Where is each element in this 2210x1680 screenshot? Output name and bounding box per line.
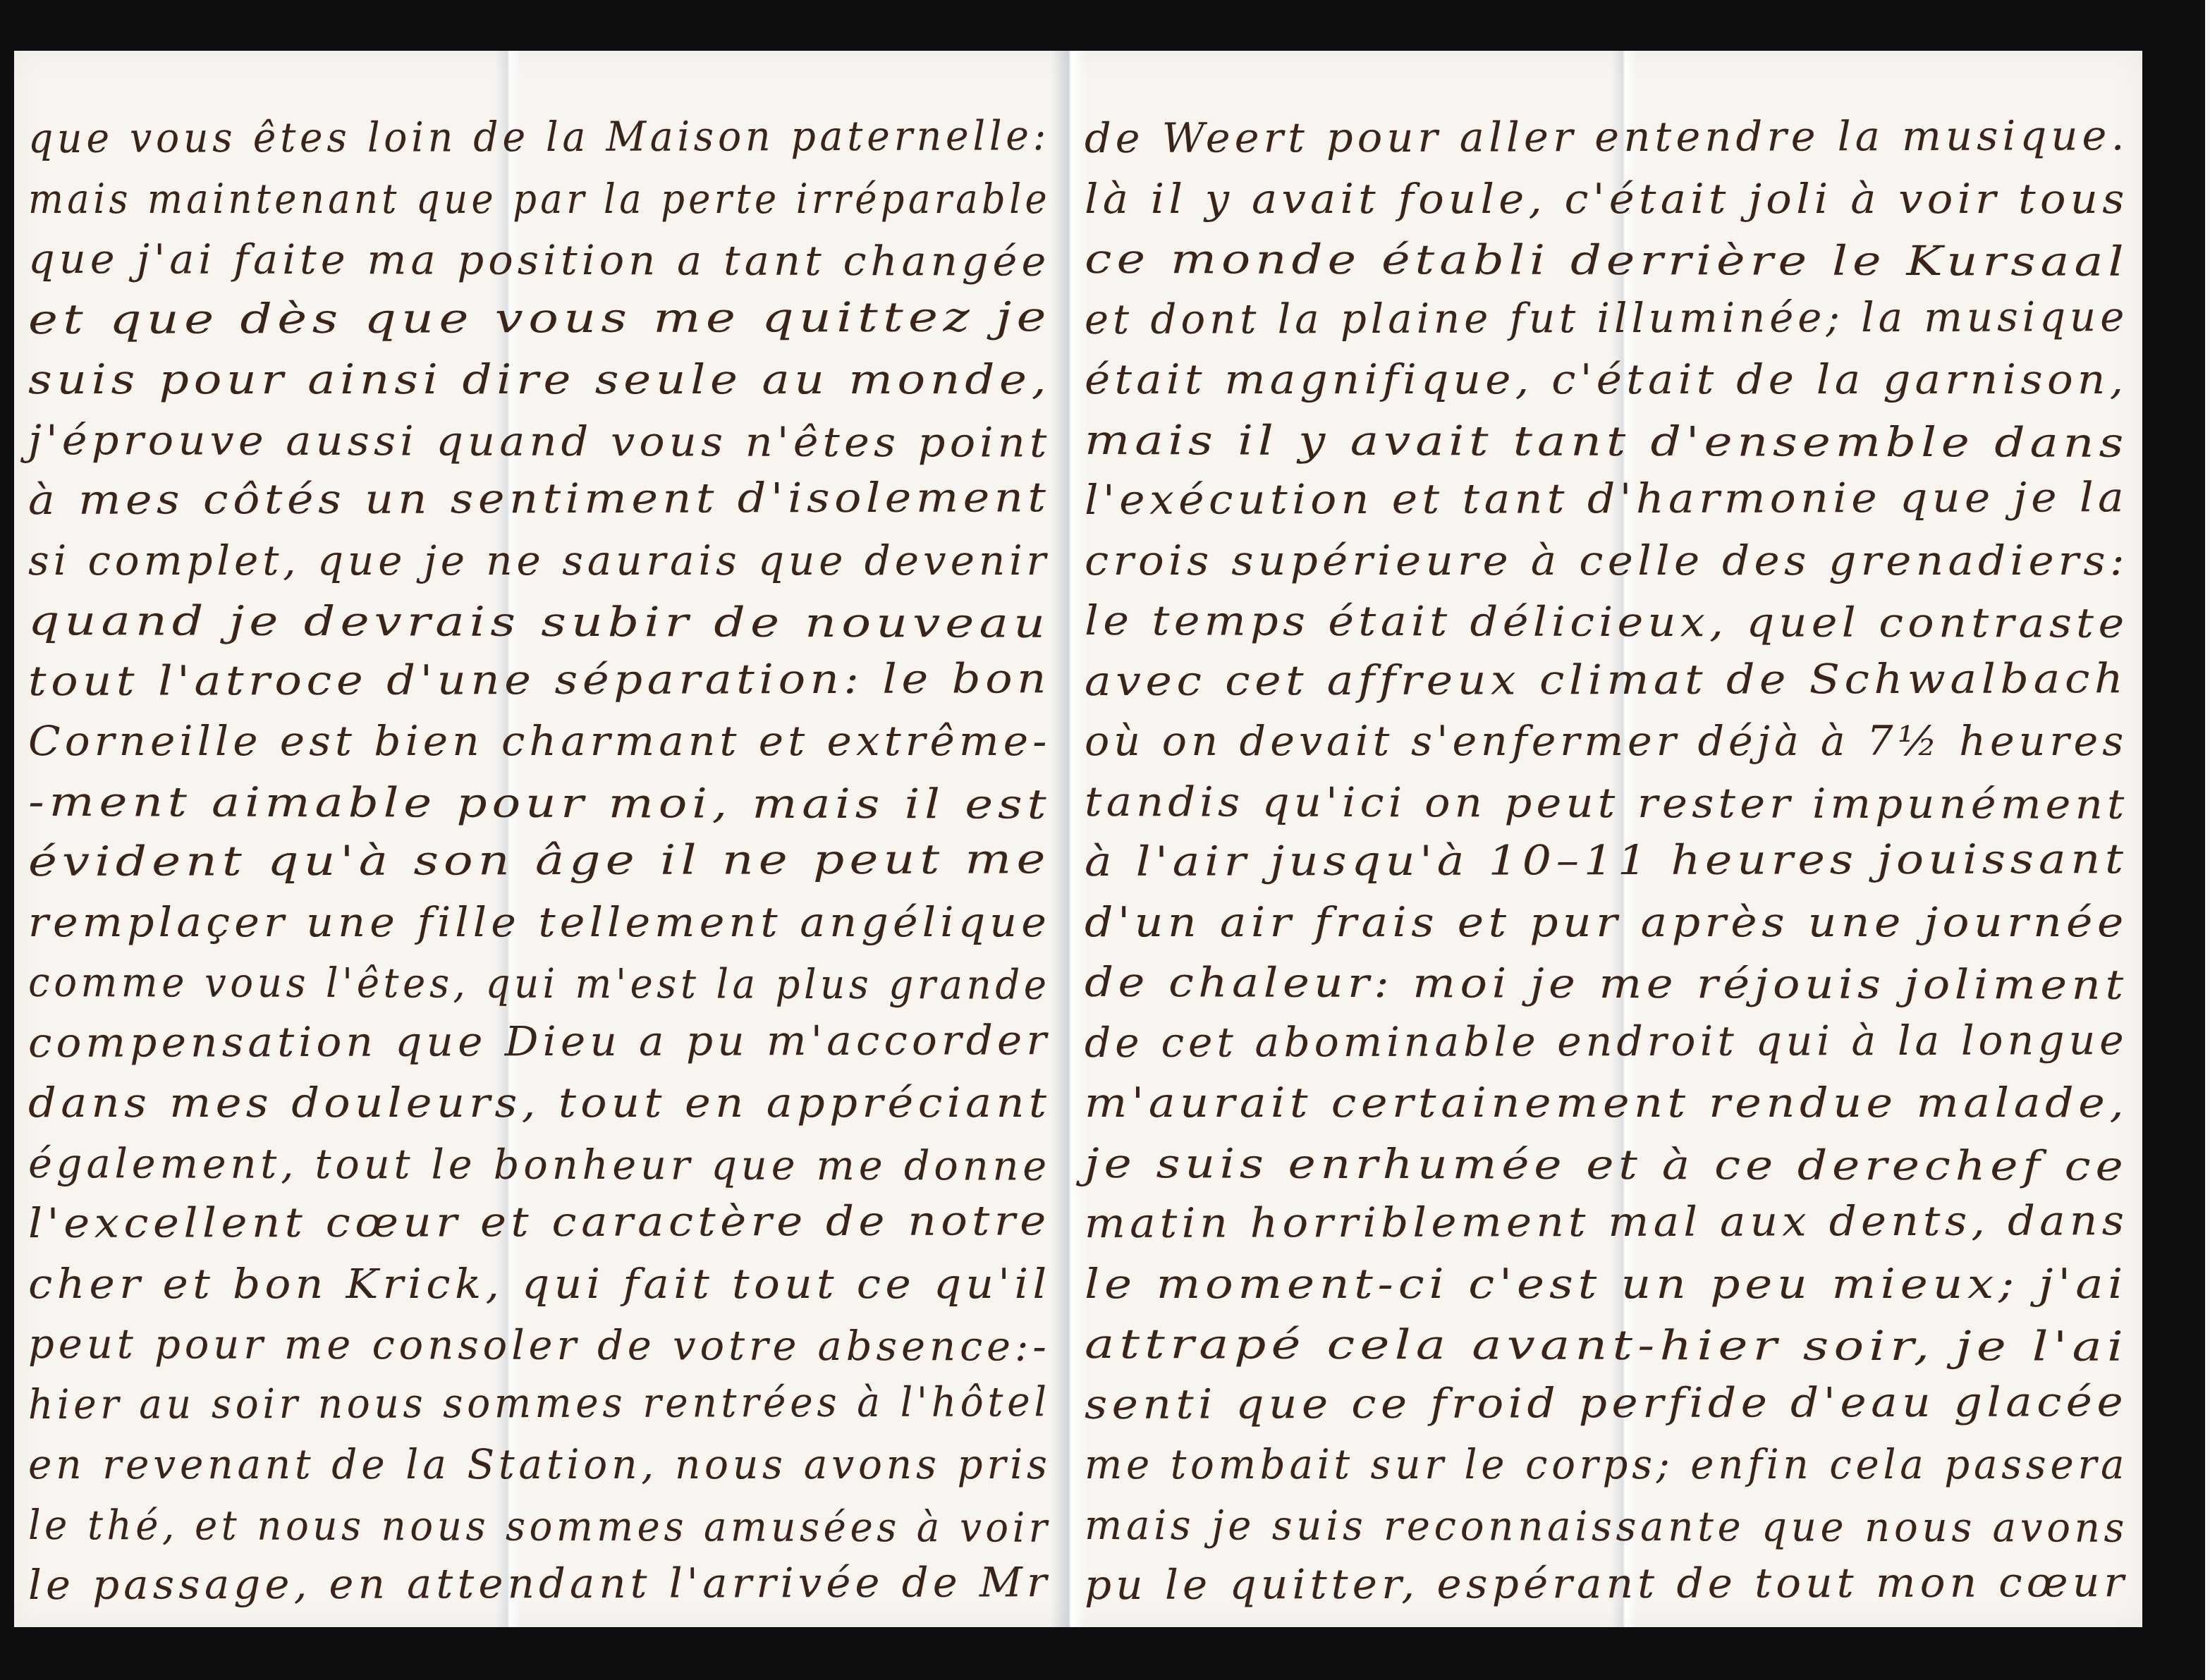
- handwritten-line: quand je devrais subir de nouveau: [28, 596, 1050, 647]
- letter-sheet: que vous êtes loin de la Maison paternel…: [14, 51, 2142, 1627]
- handwritten-line: mais maintenant que par la perte irrépar…: [28, 175, 1051, 223]
- handwritten-line: de chaleur: moi je me réjouis joliment: [1085, 958, 2128, 1009]
- handwritten-line: ce monde établi derrière le Kursaal: [1085, 235, 2129, 286]
- handwritten-line: attrapé cela avant-hier soir, je l'ai: [1085, 1320, 2128, 1371]
- handwritten-line: pu le quitter, espérant de tout mon cœur: [1085, 1558, 2128, 1609]
- handwritten-line: Corneille est bien charmant et extrême-: [28, 717, 1051, 765]
- handwritten-line: le temps était délicieux, quel contraste: [1085, 596, 2129, 647]
- handwritten-line: peut pour me consoler de votre absence:-: [28, 1320, 1051, 1371]
- handwritten-line: tandis qu'ici on peut rester impunément: [1085, 778, 2129, 828]
- handwritten-line: crois supérieure à celle des grenadiers:: [1085, 537, 2129, 584]
- handwritten-line: l'exécution et tant d'harmonie que je la: [1085, 473, 2128, 524]
- handwritten-line: m'aurait certainement rendue malade,: [1085, 1079, 2128, 1127]
- handwritten-line: évident qu'à son âge il ne peut me: [28, 835, 1051, 885]
- handwritten-line: à l'air jusqu'à 10–11 heures jouissant: [1085, 835, 2128, 885]
- handwritten-line: que vous êtes loin de la Maison paternel…: [28, 111, 1050, 162]
- handwritten-line: était magnifique, c'était de la garnison…: [1085, 355, 2127, 403]
- handwritten-line: j'éprouve aussi quand vous n'êtes point: [28, 416, 1051, 467]
- handwritten-line: le moment-ci c'est un peu mieux; j'ai: [1085, 1260, 2127, 1308]
- handwritten-line: le passage, en attendant l'arrivée de Mr: [28, 1558, 1051, 1609]
- handwritten-line: également, tout le bonheur que me donne: [28, 1139, 1051, 1190]
- handwritten-line: comme vous l'êtes, qui m'est la plus gra…: [28, 958, 1051, 1009]
- handwritten-line: matin horriblement mal aux dents, dans: [1085, 1196, 2129, 1247]
- handwritten-line: cher et bon Krick, qui fait tout ce qu'i…: [28, 1260, 1051, 1308]
- handwritten-line: -ment aimable pour moi, mais il est: [28, 778, 1051, 828]
- handwritten-line: d'un air frais et pur après une journée: [1085, 898, 2128, 946]
- handwritten-line: me tombait sur le corps; enfin cela pass…: [1085, 1440, 2128, 1488]
- handwritten-line: où on devait s'enfermer déjà à 7½ heures: [1085, 717, 2127, 765]
- fold-crease-center: [1051, 51, 1086, 1627]
- handwritten-line: dans mes douleurs, tout en appréciant: [28, 1079, 1051, 1127]
- handwritten-line: avec cet affreux climat de Schwalbach: [1085, 654, 2127, 705]
- handwritten-line: en revenant de la Station, nous avons pr…: [28, 1440, 1051, 1488]
- handwritten-line: l'excellent cœur et caractère de notre: [28, 1196, 1051, 1247]
- handwritten-line: senti que ce froid perfide d'eau glacée: [1085, 1378, 2128, 1428]
- scanner-edge-strip: [2205, 0, 2210, 1680]
- handwritten-line: que j'ai faite ma position a tant changé…: [28, 235, 1050, 286]
- handwritten-line: mais il y avait tant d'ensemble dans: [1085, 416, 2128, 467]
- handwritten-line: et que dès que vous me quittez je: [28, 293, 1051, 343]
- handwritten-line: remplaçer une fille tellement angélique: [28, 898, 1051, 946]
- handwritten-line: mais je suis reconnaissante que nous avo…: [1085, 1501, 2128, 1552]
- handwritten-line: si complet, que je ne saurais que deveni…: [28, 537, 1050, 584]
- handwritten-line: là il y avait foule, c'était joli à voir…: [1085, 175, 2129, 223]
- handwritten-line: compensation que Dieu a pu m'accorder: [28, 1016, 1051, 1067]
- handwritten-line: le thé, et nous nous sommes amusées à vo…: [28, 1501, 1051, 1552]
- handwritten-line: de Weert pour aller entendre la musique.: [1085, 111, 2129, 162]
- handwritten-line: tout l'atroce d'une séparation: le bon: [28, 654, 1051, 705]
- handwritten-line: suis pour ainsi dire seule au monde,: [28, 355, 1051, 403]
- handwritten-line: hier au soir nous sommes rentrées à l'hô…: [28, 1378, 1051, 1428]
- handwritten-line: à mes côtés un sentiment d'isolement: [28, 473, 1051, 524]
- handwritten-line: et dont la plaine fut illuminée; la musi…: [1085, 293, 2129, 343]
- handwritten-line: de cet abominable endroit qui à la longu…: [1085, 1016, 2128, 1067]
- handwritten-line: je suis enrhumée et à ce derechef ce: [1085, 1139, 2128, 1190]
